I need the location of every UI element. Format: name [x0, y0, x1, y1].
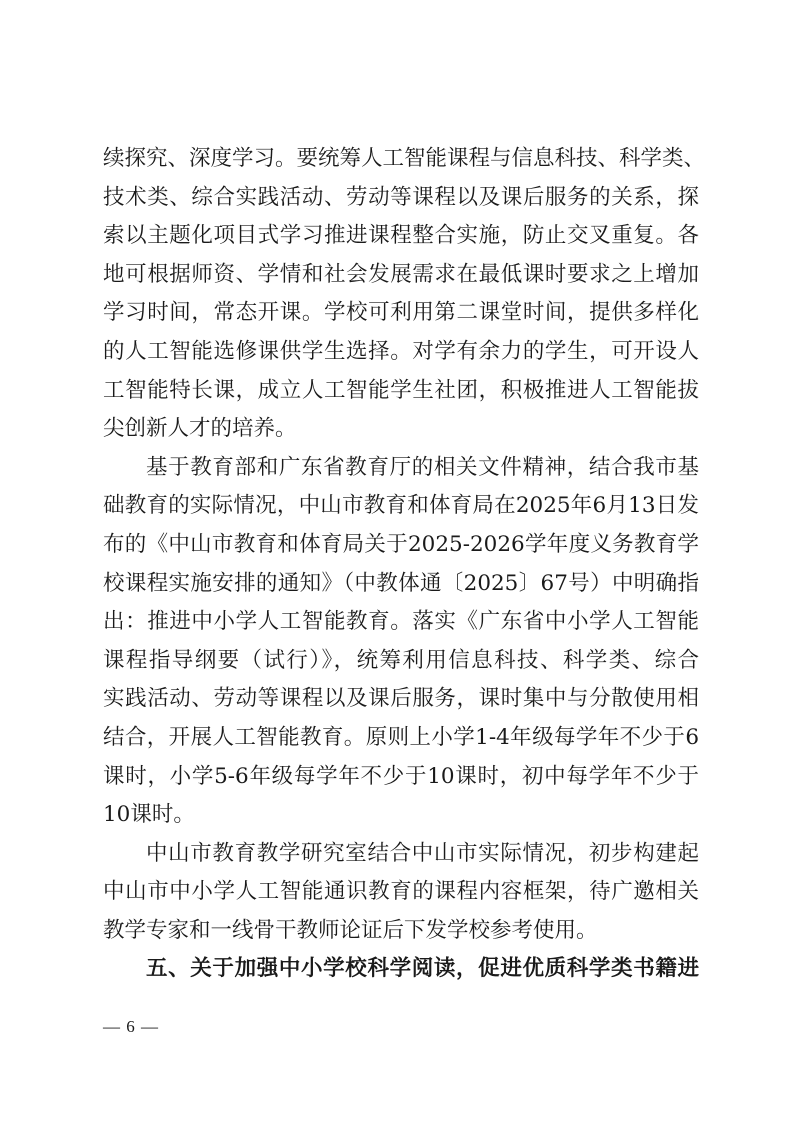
page-number: — 6 —	[103, 1017, 159, 1037]
text-line: 10课时。	[103, 796, 699, 835]
text-line: 基于教育部和广东省教育厅的相关文件精神，结合我市基	[103, 449, 699, 488]
paragraph-1: 续探究、深度学习。要统筹人工智能课程与信息科技、科学类、 技术类、综合实践活动、…	[103, 140, 699, 449]
text-line: 布的《中山市教育和体育局关于2025-2026学年度义务教育学	[103, 526, 699, 565]
text-line: 课时，小学5-6年级每学年不少于10课时，初中每学年不少于	[103, 758, 699, 797]
text-line: 校课程实施安排的通知》（中教体通〔2025〕67号）中明确指	[103, 565, 699, 604]
paragraph-3: 中山市教育教学研究室结合中山市实际情况，初步构建起 中山市中小学人工智能通识教育…	[103, 835, 699, 951]
text-line: 出：推进中小学人工智能教育。落实《广东省中小学人工智能	[103, 603, 699, 642]
text-line: 续探究、深度学习。要统筹人工智能课程与信息科技、科学类、	[103, 140, 699, 179]
document-page: 续探究、深度学习。要统筹人工智能课程与信息科技、科学类、 技术类、综合实践活动、…	[0, 0, 800, 1131]
text-line: 尖创新人才的培养。	[103, 410, 699, 449]
text-line: 础教育的实际情况，中山市教育和体育局在2025年6月13日发	[103, 487, 699, 526]
text-line: 实践活动、劳动等课程以及课后服务，课时集中与分散使用相	[103, 680, 699, 719]
text-line: 的人工智能选修课供学生选择。对学有余力的学生，可开设人	[103, 333, 699, 372]
text-line: 中山市教育教学研究室结合中山市实际情况，初步构建起	[103, 835, 699, 874]
text-line: 地可根据师资、学情和社会发展需求在最低课时要求之上增加	[103, 256, 699, 295]
text-line: 教学专家和一线骨干教师论证后下发学校参考使用。	[103, 912, 699, 951]
paragraph-2: 基于教育部和广东省教育厅的相关文件精神，结合我市基 础教育的实际情况，中山市教育…	[103, 449, 699, 835]
heading-line: 五、关于加强中小学校科学阅读，促进优质科学类书籍进	[103, 950, 699, 989]
text-line: 结合，开展人工智能教育。原则上小学1-4年级每学年不少于6	[103, 719, 699, 758]
text-line: 学习时间，常态开课。学校可利用第二课堂时间，提供多样化	[103, 294, 699, 333]
text-line: 中山市中小学人工智能通识教育的课程内容框架，待广邀相关	[103, 873, 699, 912]
text-line: 课程指导纲要（试行）》，统筹利用信息科技、科学类、综合	[103, 642, 699, 681]
text-line: 工智能特长课，成立人工智能学生社团，积极推进人工智能拔	[103, 372, 699, 411]
section-heading: 五、关于加强中小学校科学阅读，促进优质科学类书籍进	[103, 950, 699, 989]
document-body: 续探究、深度学习。要统筹人工智能课程与信息科技、科学类、 技术类、综合实践活动、…	[103, 140, 699, 989]
text-line: 技术类、综合实践活动、劳动等课程以及课后服务的关系，探	[103, 179, 699, 218]
text-line: 索以主题化项目式学习推进课程整合实施，防止交叉重复。各	[103, 217, 699, 256]
